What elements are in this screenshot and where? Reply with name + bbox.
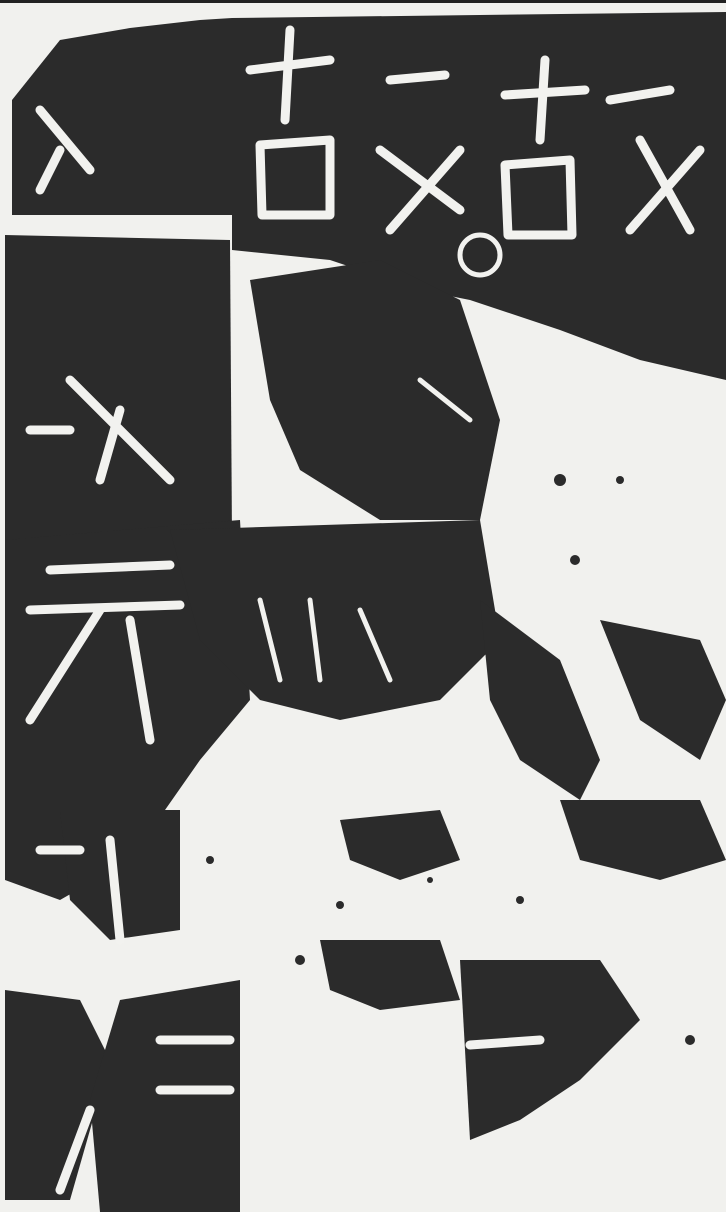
rubbing-image: Stone stele inscription rubbing (ink rub… — [0, 0, 726, 1212]
rubbing-svg — [0, 0, 726, 1212]
